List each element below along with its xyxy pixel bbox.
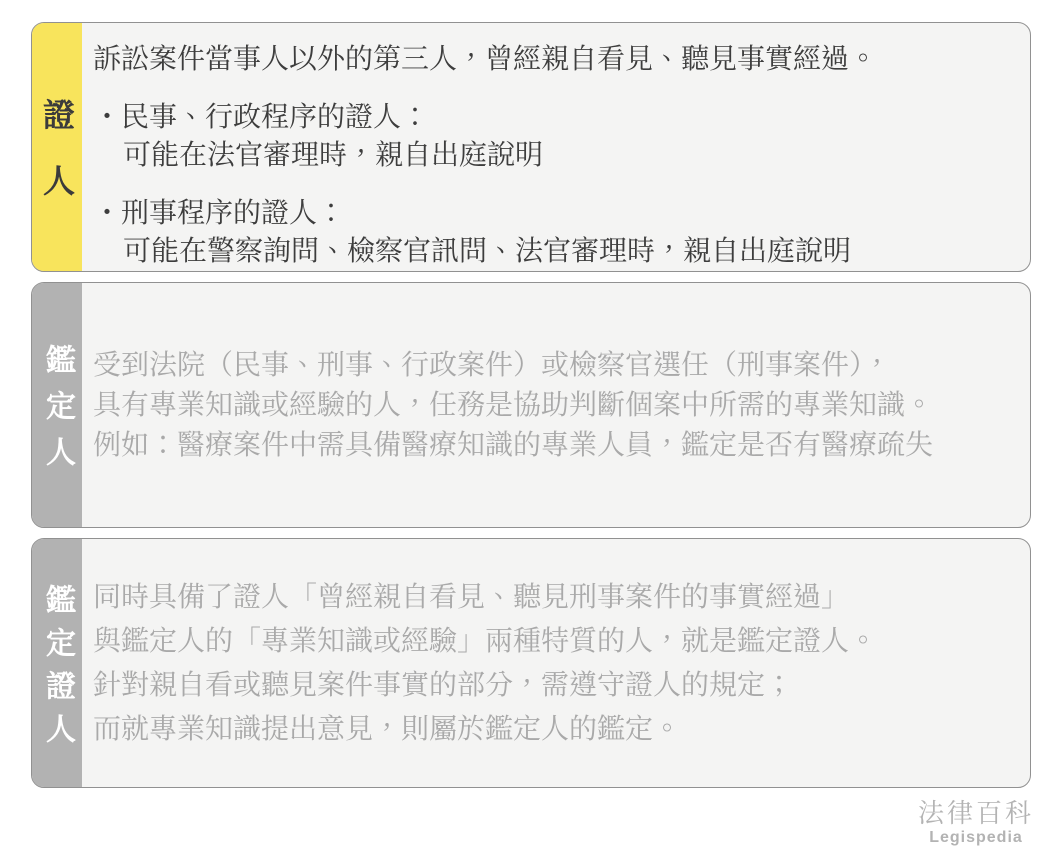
card-expert-label-strip: 鑑定人 xyxy=(32,283,82,527)
bullet-title: 刑事程序的證人： xyxy=(121,194,345,232)
card-expert-witness-label-strip: 鑑定證人 xyxy=(32,539,82,787)
bullet-title: 民事、行政程序的證人： xyxy=(121,98,429,136)
bullet-line: ・ 刑事程序的證人： xyxy=(93,194,1030,232)
bullet-line: ・ 民事、行政程序的證人： xyxy=(93,98,1030,136)
card-witness-label-strip: 證人 xyxy=(32,23,82,271)
bullet-group-criminal: ・ 刑事程序的證人： 可能在警察詢問、檢察官訊問、法官審理時，親自出庭說明 xyxy=(93,194,1030,270)
bullet-detail: 可能在警察詢問、檢察官訊問、法官審理時，親自出庭說明 xyxy=(93,232,1030,270)
text-line: 與鑑定人的「專業知識或經驗」兩種特質的人，就是鑑定證人。 xyxy=(93,619,1030,663)
text-line: 受到法院（民事、刑事、行政案件）或檢察官選任（刑事案件）， xyxy=(93,345,1030,385)
card-expert-witness-label: 鑑定證人 xyxy=(42,584,72,756)
card-expert: 鑑定人 受到法院（民事、刑事、行政案件）或檢察官選任（刑事案件）， 具有專業知識… xyxy=(31,282,1031,528)
card-expert-label: 鑑定人 xyxy=(42,344,72,482)
infographic-page: 證人 訴訟案件當事人以外的第三人，曾經親自看見、聽見事實經過。 ・ 民事、行政程… xyxy=(0,0,1064,857)
text-line: 同時具備了證人「曾經親自看見、聽見刑事案件的事實經過」 xyxy=(93,575,1030,619)
card-witness-content: 訴訟案件當事人以外的第三人，曾經親自看見、聽見事實經過。 ・ 民事、行政程序的證… xyxy=(82,23,1030,271)
bullet-dot-icon: ・ xyxy=(93,98,121,136)
card-expert-witness: 鑑定證人 同時具備了證人「曾經親自看見、聽見刑事案件的事實經過」 與鑑定人的「專… xyxy=(31,538,1031,788)
card-witness-label: 證人 xyxy=(41,98,73,230)
text-line: 例如：醫療案件中需具備醫療知識的專業人員，鑑定是否有醫療疏失 xyxy=(93,425,1030,465)
bullet-detail: 可能在法官審理時，親自出庭說明 xyxy=(93,136,1030,174)
text-line: 針對親自看或聽見案件事實的部分，需遵守證人的規定； xyxy=(93,663,1030,707)
logo-subtitle: Legispedia xyxy=(918,828,1034,848)
logo-title: 法律百科 xyxy=(918,798,1034,828)
site-logo: 法律百科 Legispedia xyxy=(918,798,1034,848)
card-expert-content: 受到法院（民事、刑事、行政案件）或檢察官選任（刑事案件）， 具有專業知識或經驗的… xyxy=(82,283,1030,527)
text-line: 具有專業知識或經驗的人，任務是協助判斷個案中所需的專業知識。 xyxy=(93,385,1030,425)
card-expert-witness-content: 同時具備了證人「曾經親自看見、聽見刑事案件的事實經過」 與鑑定人的「專業知識或經… xyxy=(82,539,1030,787)
card-witness: 證人 訴訟案件當事人以外的第三人，曾經親自看見、聽見事實經過。 ・ 民事、行政程… xyxy=(31,22,1031,272)
text-line: 而就專業知識提出意見，則屬於鑑定人的鑑定。 xyxy=(93,707,1030,751)
bullet-group-civil: ・ 民事、行政程序的證人： 可能在法官審理時，親自出庭說明 xyxy=(93,98,1030,174)
card-witness-intro: 訴訟案件當事人以外的第三人，曾經親自看見、聽見事實經過。 xyxy=(93,40,1030,78)
bullet-dot-icon: ・ xyxy=(93,194,121,232)
